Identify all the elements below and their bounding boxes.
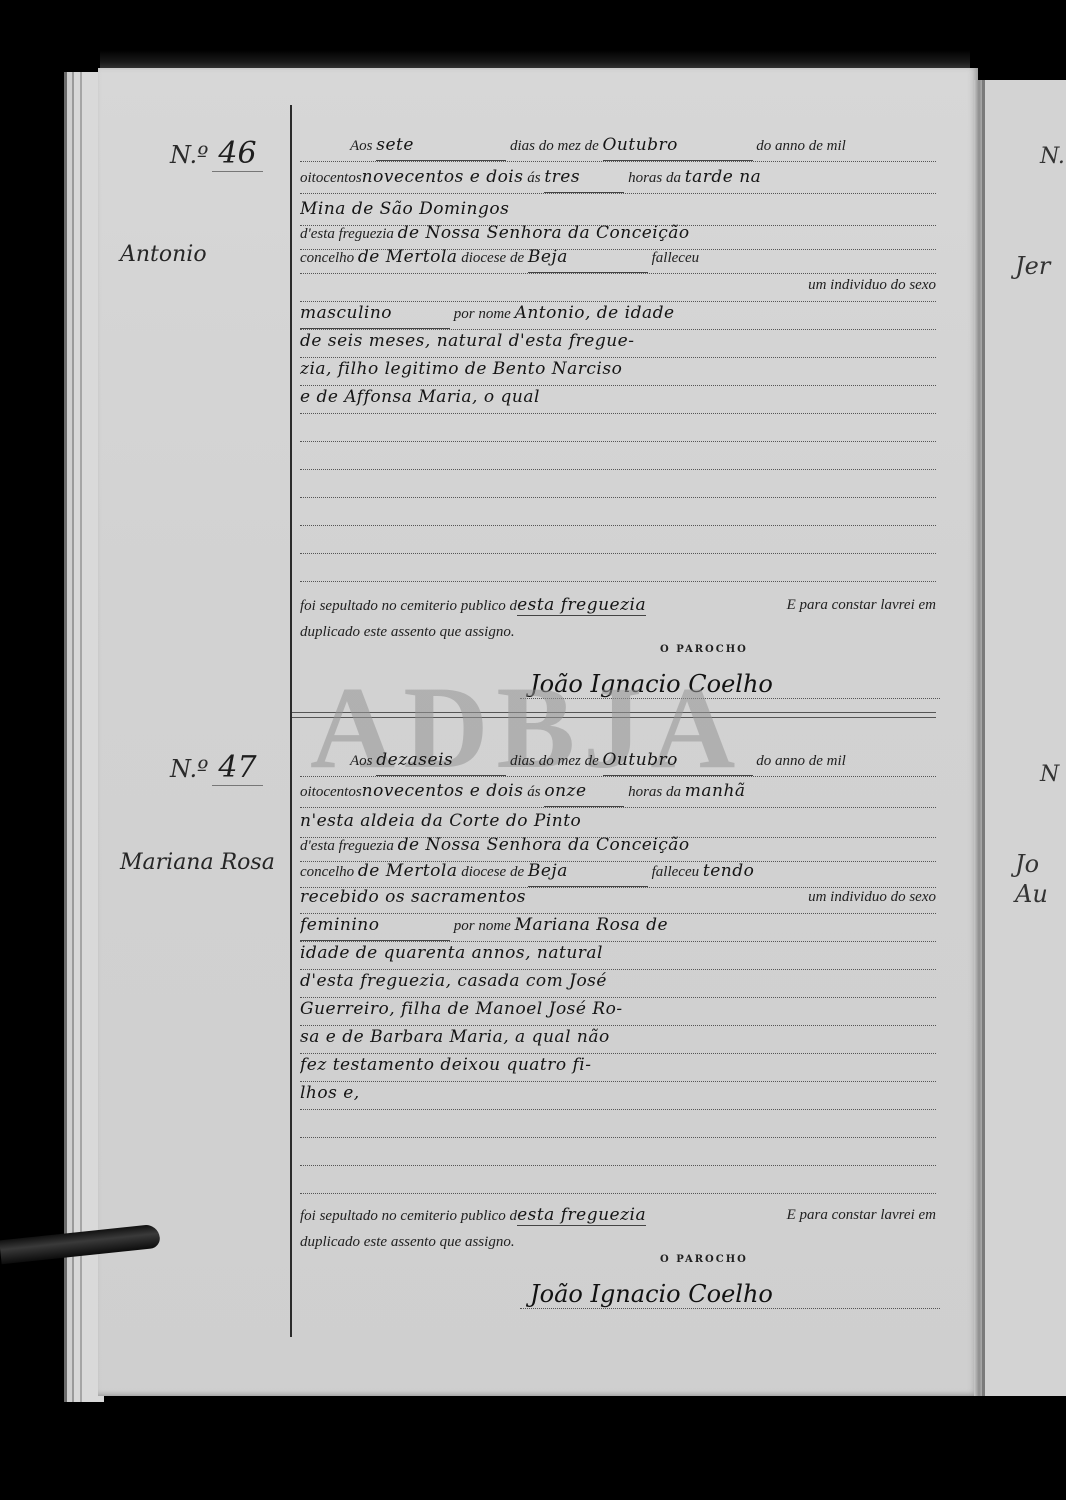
printed-text: um individuo do sexo bbox=[808, 882, 936, 912]
handwritten-text: e de Affonsa Maria, o qual bbox=[300, 387, 540, 407]
printed-text: horas da bbox=[628, 784, 681, 800]
handwritten-hour: onze bbox=[544, 776, 624, 807]
handwritten-day: sete bbox=[376, 130, 506, 161]
printed-text: Aos bbox=[350, 138, 373, 154]
printed-text: dias do mez de bbox=[510, 138, 599, 154]
printed-text: d'esta freguezia bbox=[300, 226, 394, 242]
entry-separator bbox=[292, 712, 936, 718]
margin-deceased-name: Antonio bbox=[120, 236, 280, 274]
margin-rule bbox=[290, 105, 292, 1337]
printed-text: foi sepultado no cemiterio publico d bbox=[300, 1208, 517, 1224]
entry-number-value: 46 bbox=[212, 136, 262, 172]
printed-text: duplicado este assento que assigno. bbox=[300, 624, 515, 640]
handwritten-place: n'esta aldeia da Corte do Pinto bbox=[300, 811, 581, 831]
handwritten-text: sa e de Barbara Maria, a qual não bbox=[300, 1027, 610, 1047]
handwritten-name: Antonio, de idade bbox=[515, 303, 675, 323]
record-line: oitocentosnovecentos e dois ás tres hora… bbox=[300, 162, 936, 194]
handwritten-text: recebido os sacramentos bbox=[300, 887, 526, 907]
printed-text: E para constar lavrei em bbox=[787, 592, 936, 618]
handwritten-month: Outubro bbox=[603, 130, 753, 161]
handwritten-cemetery: esta freguezia bbox=[517, 1205, 646, 1226]
handwritten-parish: de Nossa Senhora da Conceição bbox=[398, 223, 690, 243]
printed-text: por nome bbox=[454, 918, 511, 934]
handwritten-year: novecentos e dois bbox=[362, 781, 524, 801]
printed-text: diocese de bbox=[461, 250, 524, 266]
handwritten-year: novecentos e dois bbox=[362, 167, 524, 187]
handwritten-sex: feminino bbox=[300, 910, 450, 941]
margin-deceased-name: Mariana Rosa bbox=[120, 844, 280, 882]
printed-text: E para constar lavrei em bbox=[787, 1202, 936, 1228]
printed-text: duplicado este assento que assigno. bbox=[300, 1234, 515, 1250]
handwritten-text: lhos e, bbox=[300, 1083, 360, 1103]
printed-text: oitocentos bbox=[300, 784, 362, 800]
handwritten-name: Mariana Rosa de bbox=[515, 915, 668, 935]
parocho-title: O PAROCHO bbox=[660, 1254, 748, 1265]
handwritten-text: zia, filho legitimo de Bento Narciso bbox=[300, 359, 622, 379]
printed-text: d'esta freguezia bbox=[300, 838, 394, 854]
printed-text: do anno de mil bbox=[756, 138, 846, 154]
printed-text: falleceu bbox=[652, 864, 699, 880]
facing-handwriting: Au bbox=[1015, 880, 1048, 908]
scan-top-edge bbox=[100, 50, 970, 70]
handwritten-text: fez testamento deixou quatro fi- bbox=[300, 1055, 592, 1075]
parish-priest-signature: João Ignacio Coelho bbox=[520, 670, 940, 699]
handwritten-text: d'esta freguezia, casada com José bbox=[300, 971, 607, 991]
printed-text: falleceu bbox=[652, 250, 699, 266]
handwritten-text: tarde na bbox=[685, 167, 762, 187]
printed-text: Aos bbox=[350, 753, 373, 769]
handwritten-month: Outubro bbox=[603, 745, 753, 776]
handwritten-text: Guerreiro, filha de Manoel José Ro- bbox=[300, 999, 623, 1019]
entry-number-prefix: N.º bbox=[170, 141, 208, 169]
record-line: oitocentosnovecentos e dois ás onze hora… bbox=[300, 776, 936, 808]
parocho-title: O PAROCHO bbox=[660, 644, 748, 655]
entry-number-prefix: N.º bbox=[170, 755, 208, 783]
printed-text: ás bbox=[527, 784, 540, 800]
facing-handwriting: Jo bbox=[1015, 850, 1039, 878]
entry-number-value: 47 bbox=[212, 750, 262, 786]
handwritten-text: de seis meses, natural d'esta fregue- bbox=[300, 331, 635, 351]
handwritten-council: de Mertola bbox=[358, 247, 458, 267]
handwritten-cemetery: esta freguezia bbox=[517, 595, 646, 616]
handwritten-text: tendo bbox=[703, 861, 754, 881]
parish-priest-signature: João Ignacio Coelho bbox=[520, 1280, 940, 1309]
handwritten-hour: tres bbox=[544, 162, 624, 193]
printed-text: diocese de bbox=[461, 864, 524, 880]
handwritten-diocese: Beja bbox=[528, 242, 648, 273]
handwritten-sex: masculino bbox=[300, 298, 450, 329]
facing-entry-number: N. bbox=[1040, 144, 1065, 169]
facing-entry-number: N bbox=[1040, 762, 1059, 787]
printed-text: um individuo do sexo bbox=[808, 277, 936, 293]
blank-line bbox=[300, 1162, 936, 1194]
facing-handwriting: Jer bbox=[1015, 252, 1050, 280]
handwritten-council: de Mertola bbox=[358, 861, 458, 881]
printed-text: foi sepultado no cemiterio publico d bbox=[300, 598, 517, 614]
record-line: Aos dezaseis dias do mez de Outubro do a… bbox=[300, 745, 936, 777]
handwritten-day: dezaseis bbox=[376, 745, 506, 776]
printed-text: ás bbox=[527, 170, 540, 186]
handwritten-parish: de Nossa Senhora da Conceição bbox=[398, 835, 690, 855]
printed-text: concelho bbox=[300, 864, 354, 880]
handwritten-text: idade de quarenta annos, natural bbox=[300, 943, 603, 963]
blank-line bbox=[300, 550, 936, 582]
burial-clause: foi sepultado no cemiterio publico desta… bbox=[300, 592, 936, 645]
entry-number: N.º47 bbox=[170, 750, 263, 785]
printed-text: por nome bbox=[454, 306, 511, 322]
printed-text: concelho bbox=[300, 250, 354, 266]
handwritten-text: manhã bbox=[685, 781, 746, 801]
record-line: Aos sete dias do mez de Outubro do anno … bbox=[300, 130, 936, 162]
handwritten-place: Mina de São Domingos bbox=[300, 199, 509, 219]
printed-text: oitocentos bbox=[300, 170, 362, 186]
burial-clause: foi sepultado no cemiterio publico desta… bbox=[300, 1202, 936, 1255]
entry-number: N.º46 bbox=[170, 136, 263, 171]
printed-text: do anno de mil bbox=[756, 753, 846, 769]
printed-text: dias do mez de bbox=[510, 753, 599, 769]
printed-text: horas da bbox=[628, 170, 681, 186]
